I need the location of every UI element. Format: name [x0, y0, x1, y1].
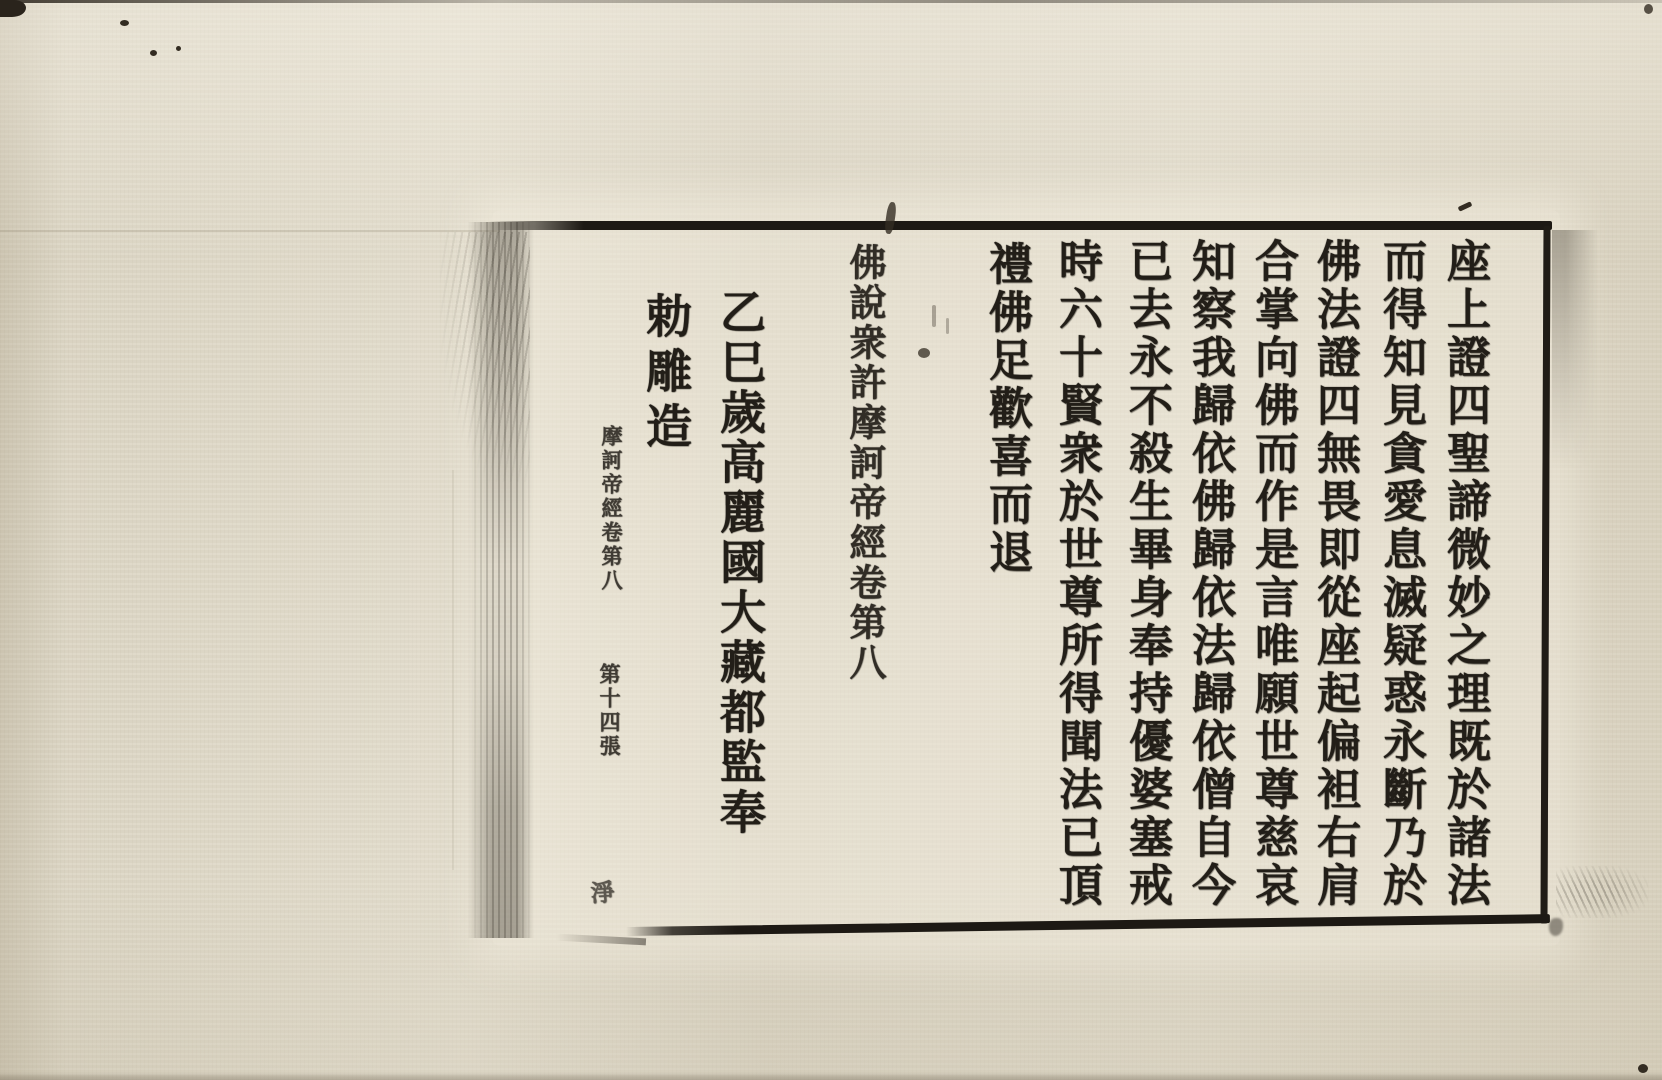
text-column-7: 時六十賢衆於世尊所得聞法已頂 [1044, 238, 1108, 910]
photo-bottom-edge-shadow [0, 1072, 1662, 1080]
faint-margin-dash [946, 318, 949, 334]
text-column-8: 禮佛足歡喜而退 [974, 241, 1038, 577]
margin-ink-spot [918, 348, 930, 358]
scanned-sutra-page: 座上證四聖諦微妙之理既於諸法 而得知見貪愛息滅疑惑永斷乃於 佛法證四無畏即從座起… [0, 0, 1662, 1080]
colophon-date-line: 乙巳歲高麗國大藏都監奉 [707, 288, 773, 838]
center-column-small-title: 摩訶帝經卷第八 [596, 425, 626, 593]
colophon-edict-line: 勅雕造 [633, 292, 699, 457]
paper-crease-horizontal [0, 230, 500, 232]
brush-drag-marks [440, 232, 530, 482]
top-left-ink-blob [0, 0, 26, 17]
text-column-1: 座上證四聖諦微妙之理既於諸法 [1432, 238, 1496, 910]
frame-corner-blot [1549, 918, 1563, 936]
sutra-end-title: 佛說衆許摩訶帝經卷第八 [838, 243, 892, 683]
ink-speck [150, 50, 157, 56]
text-column-6: 已去永不殺生畢身奉持優婆塞戒 [1114, 238, 1178, 910]
paper-crease-vertical [452, 470, 454, 870]
right-margin-ink-wash [1552, 230, 1598, 470]
frame-border-top [488, 221, 1552, 230]
corner-speck [1638, 1064, 1648, 1073]
text-column-4: 合掌向佛而作是言唯願世尊慈哀 [1240, 238, 1304, 910]
ink-speck [176, 46, 181, 51]
engraver-mark: 淨 [582, 879, 619, 905]
right-corner-hatch-smudge [1556, 866, 1648, 918]
sheet-number-label: 第十四張 [594, 663, 624, 759]
text-column-3: 佛法證四無畏即從座起偏袒右肩 [1302, 238, 1366, 910]
faint-margin-dash [932, 305, 936, 327]
text-column-5: 知察我歸依佛歸依法歸依僧自今 [1177, 238, 1241, 910]
top-right-speck [1644, 4, 1653, 14]
ink-speck [120, 20, 129, 26]
photo-top-edge-line [0, 0, 1662, 3]
text-column-2: 而得知見貪愛息滅疑惑永斷乃於 [1368, 238, 1432, 910]
